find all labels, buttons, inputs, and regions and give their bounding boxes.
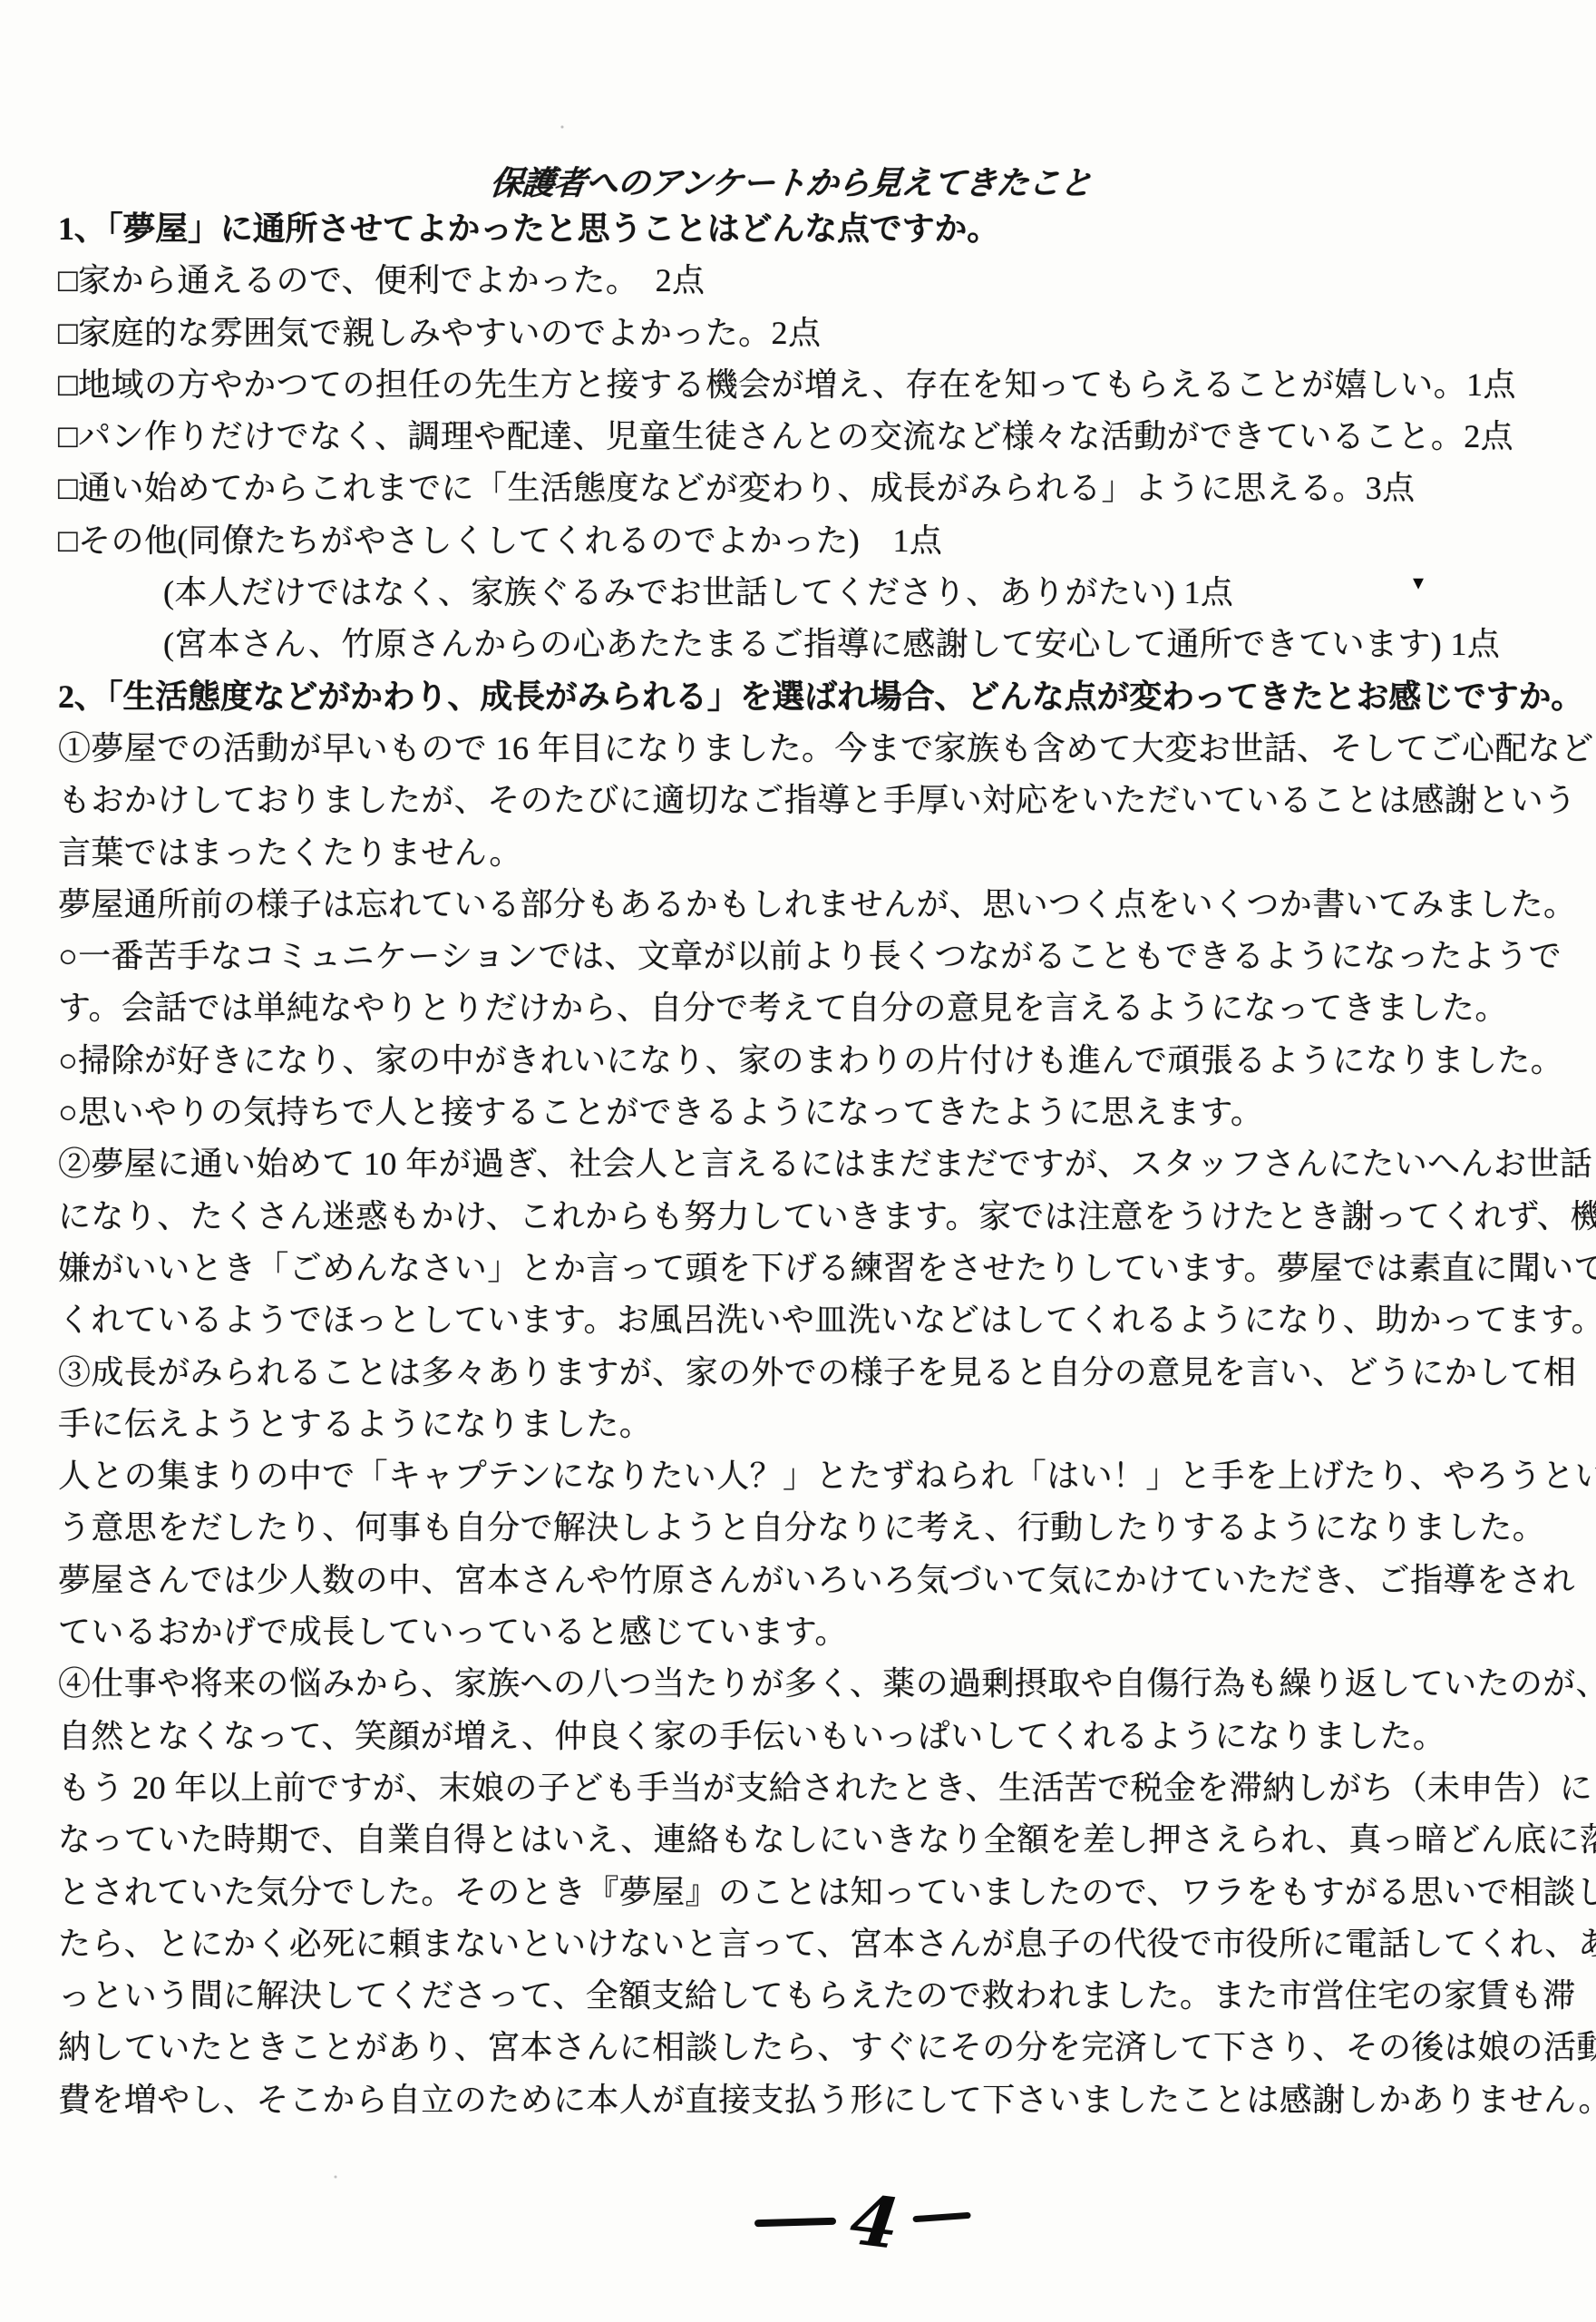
body-line: ②夢屋に通い始めて 10 年が過ぎ、社会人と言えるにはまだまだですが、スタッフさ…	[58, 1138, 1550, 1190]
body-line: ○掃除が好きになり、家の中がきれいになり、家のまわりの片付けも進んで頑張るように…	[58, 1035, 1550, 1087]
body-line: とされていた気分でした。そのとき『夢屋』のことは知っていましたので、ワラをもすが…	[58, 1867, 1550, 1918]
body-line: 納していたときことがあり、宮本さんに相談したら、すぐにその分を完済して下さり、そ…	[58, 2022, 1550, 2073]
body-line: □家から通えるので、便利でよかった。 2点	[58, 255, 1550, 307]
body-line: う意思をだしたり、何事も自分で解決しようと自分なりに考え、行動したりするようにな…	[58, 1502, 1550, 1554]
body-line: ①夢屋での活動が早いもので 16 年目になりました。今まで家族も含めて大変お世話…	[58, 723, 1550, 775]
body-line: □家庭的な雰囲気で親しみやすいのでよかった。2点	[58, 307, 1550, 359]
body-line: (宮本さん、竹原さんからの心あたたまるご指導に感謝して安心して通所できています)…	[58, 619, 1550, 670]
body-line: 費を増やし、そこから自立のために本人が直接支払う形にして下さいましたことは感謝し…	[58, 2074, 1550, 2126]
document-body: 1、「夢屋」に通所させてよかったと思うことはどんな点ですか。□家から通えるので、…	[58, 203, 1550, 2126]
body-line: す。会話では単純なやりとりだけから、自分で考えて自分の意見を言えるようになってき…	[58, 982, 1550, 1034]
body-line: ているおかげで成長していっていると感じています。	[58, 1606, 1550, 1658]
body-line: □パン作りだけでなく、調理や配達、児童生徒さんとの交流など様々な活動ができている…	[58, 411, 1550, 463]
handwritten-dash-left	[754, 2218, 836, 2227]
body-line: 夢屋通所前の様子は忘れている部分もあるかもしれませんが、思いつく点をいくつか書い…	[58, 879, 1550, 931]
body-line: もう 20 年以上前ですが、末娘の子ども手当が支給されたとき、生活苦で税金を滞納…	[58, 1762, 1550, 1814]
body-line: □地域の方やかつての担任の先生方と接する機会が増え、存在を知ってもらえることが嬉…	[58, 359, 1550, 411]
body-line: 2、「生活態度などがかわり、成長がみられる」を選ばれ場合、どんな点が変わってきた…	[58, 671, 1550, 723]
body-line: 手に伝えようとするようになりました。	[58, 1399, 1550, 1450]
body-line: たら、とにかく必死に頼まないといけないと言って、宮本さんが息子の代役で市役所に電…	[58, 1918, 1550, 1970]
page-number-value: 4	[847, 2185, 903, 2259]
page-number: 4	[754, 2188, 971, 2257]
body-line: □通い始めてからこれまでに「生活態度などが変わり、成長がみられる」ように思える。…	[58, 463, 1550, 514]
scanned-document-page: 保護者へのアンケートから見えてきたこと 1、「夢屋」に通所させてよかったと思うこ…	[0, 0, 1596, 2322]
body-line: 嫌がいいとき「ごめんなさい」とか言って頭を下げる練習をさせたりしています。夢屋で…	[58, 1243, 1550, 1294]
body-line: 自然となくなって、笑顔が増え、仲良く家の手伝いもいっぱいしてくれるようになりまし…	[58, 1711, 1550, 1762]
body-line: ③成長がみられることは多々ありますが、家の外での様子を見ると自分の意見を言い、ど…	[58, 1347, 1550, 1399]
body-line: 夢屋さんでは少人数の中、宮本さんや竹原さんがいろいろ気づいて気にかけていただき、…	[58, 1555, 1550, 1606]
body-line: □その他(同僚たちがやさしくしてくれるのでよかった) 1点	[58, 515, 1550, 567]
body-line: ④仕事や将来の悩みから、家族への八つ当たりが多く、薬の過剰摂取や自傷行為も繰り返…	[58, 1658, 1550, 1710]
body-line: なっていた時期で、自業自得とはいえ、連絡もなしにいきなり全額を差し押さえられ、真…	[58, 1814, 1550, 1866]
body-line: 1、「夢屋」に通所させてよかったと思うことはどんな点ですか。	[58, 203, 1550, 255]
body-line: っという間に解決してくださって、全額支給してもらえたので救われました。また市営住…	[58, 1970, 1550, 2022]
body-line: になり、たくさん迷惑もかけ、これからも努力していきます。家では注意をうけたとき謝…	[58, 1191, 1550, 1243]
body-line: くれているようでほっとしています。お風呂洗いや皿洗いなどはしてくれるようになり、…	[58, 1294, 1550, 1346]
document-title: 保護者へのアンケートから見えてきたこと	[488, 158, 1094, 204]
handwritten-dash-right	[912, 2211, 970, 2221]
body-line: ○思いやりの気持ちで人と接することができるようになってきたように思えます。	[58, 1087, 1550, 1138]
body-line: 人との集まりの中で「キャプテンになりたい人？」とたずねられ「はい！」と手を上げた…	[58, 1450, 1550, 1502]
body-line: 言葉ではまったくたりません。	[58, 827, 1550, 879]
body-line: ○一番苦手なコミュニケーションでは、文章が以前より長くつながることもできるように…	[58, 931, 1550, 982]
body-line: もおかけしておりましたが、そのたびに適切なご指導と手厚い対応をいただいていること…	[58, 775, 1550, 826]
margin-caret-icon: ▾	[1413, 570, 1424, 595]
body-line: (本人だけではなく、家族ぐるみでお世話してくださり、ありがたい) 1点	[58, 567, 1550, 619]
